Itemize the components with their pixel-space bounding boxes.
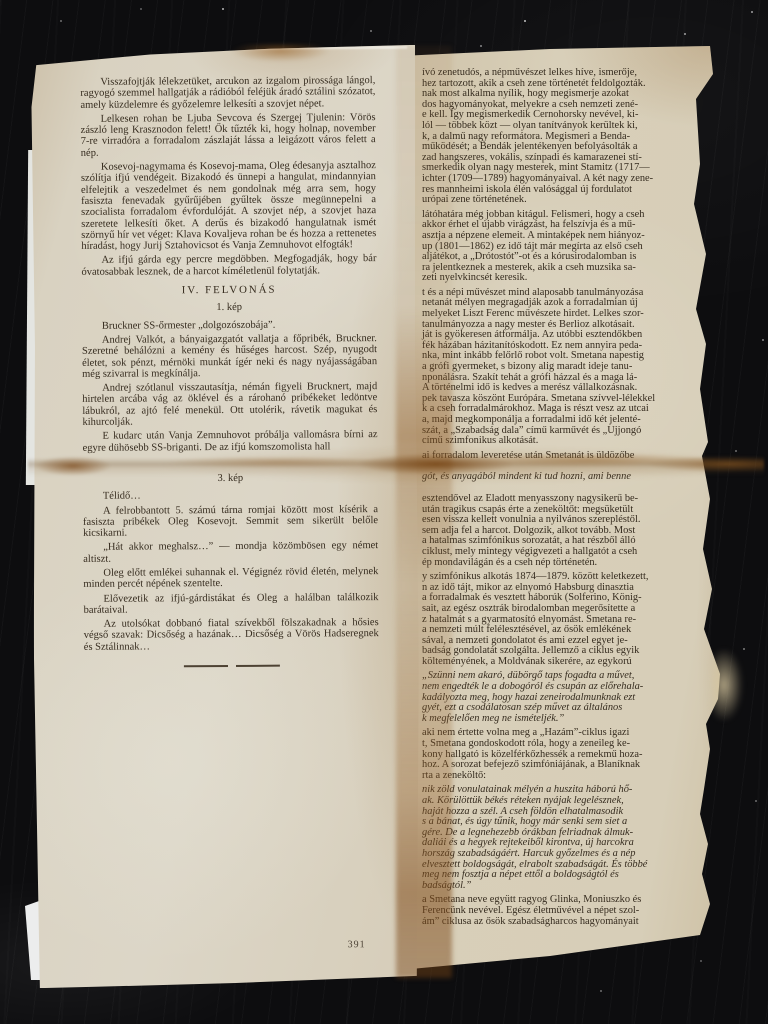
photo-scene: ívó zenetudós, a népművészet lelkes híve… [0, 0, 768, 1024]
text-line: a, majd megkomponálja a forradalmi idő k… [422, 415, 722, 426]
text-line: lól — többek közt — olyan tanítványok ke… [422, 121, 722, 132]
text-line: ciklust, mely mintegy végigvezeti a hall… [422, 547, 722, 558]
section-divider [183, 665, 279, 668]
text-block: esztendővel az Eladott menyasszony nagys… [422, 494, 722, 568]
paragraph: Az ifjú gárda egy percre megdöbben. Megf… [81, 254, 376, 278]
text-block: a Smetana neve együtt ragyog Glinka, Mon… [422, 895, 722, 927]
text-line: ép mondavilágán és a cseh nép történetén… [422, 558, 722, 569]
paragraph: A felrobbantott 5. számú tárna romjai kö… [83, 504, 378, 540]
right-page-text: ívó zenetudós, a népművészet lelkes híve… [422, 68, 722, 931]
text-block: y szimfónikus alkotás 1874—1879. között … [422, 572, 722, 667]
paragraph: Elővezetik az ifjú-gárdistákat és Oleg a… [83, 592, 378, 616]
text-line: hország szabadságáért. Harcuk győzelmes … [422, 849, 722, 860]
left-page-text: Visszafojtják lélekzetüket, arcukon az i… [80, 75, 379, 668]
text-block: látóhatára még jobban kitágul. Felismeri… [422, 210, 722, 284]
text-line: sait, az egész osztrák birodalomban mege… [422, 604, 722, 615]
paragraph: Visszafojtják lélekzetüket, arcukon az i… [80, 75, 375, 111]
paragraph: Az utolsókat dobbanó fiatal szívekből fö… [84, 617, 379, 653]
text-line: esztendővel az Eladott menyasszony nagys… [422, 494, 722, 505]
dust-specks [0, 0, 2, 2]
paragraph: Andrej Valkót, a bányaigazgatót vallatja… [82, 333, 377, 380]
text-block: t és a népi művészet mind alaposabb tanu… [422, 288, 722, 447]
text-line: urópai zene történetének. [422, 195, 722, 206]
text-line: badságtól.” [422, 881, 722, 892]
text-line: című szimfonikus alkotását. [422, 436, 722, 447]
scene-heading: 3. kép [83, 472, 378, 485]
left-page: Visszafojtják lélekzetüket, arcukon az i… [30, 45, 421, 988]
text-block: gót, és anyagából mindent ki tud hozni, … [422, 472, 722, 483]
text-block: ívó zenetudós, a népművészet lelkes híve… [422, 68, 722, 206]
paragraph: Andrej szótlanul visszautasítja, némán f… [82, 381, 377, 428]
text-line: Ferencünk nevével. Egész életművével a n… [422, 906, 722, 917]
text-line: asztja a népzene elemeit. A mintaképek n… [422, 231, 722, 242]
paragraph: Kosevoj-nagymama és Kosevoj-mama, Oleg é… [81, 160, 377, 252]
text-block: aki nem értette volna meg a „Hazám”-cikl… [422, 728, 722, 781]
text-line: ak. Körülöttük békés réteken nyájak lege… [422, 796, 722, 807]
text-line: ai forradalom leveretése után Smetanát i… [422, 451, 722, 462]
text-line: k megfelelően meg ne ismételjék.” [422, 714, 722, 725]
text-line: zeti nyelvkincsét keresik. [422, 273, 722, 284]
page-number: 391 [348, 939, 366, 950]
paragraph: Bruckner SS-őrmester „dolgozószobája”. [82, 319, 377, 332]
text-line: költeményének, a Moldvának sikerére, az … [422, 657, 722, 668]
spacer [83, 455, 378, 470]
text-line: ám” ciklusa az ősök szabadságharcos hagy… [422, 917, 722, 928]
paragraph: Lelkesen rohan be Ljuba Sevcova és Szerg… [81, 112, 376, 159]
paragraph: „Hát akkor meghalsz…” — mondja közömböse… [83, 540, 378, 564]
paragraph: Oleg előtt emlékei suhannak el. Végignéz… [83, 566, 378, 590]
act-heading: IV. FELVONÁS [82, 284, 377, 297]
text-line: rta a zeneköltő: [422, 771, 722, 782]
scene-heading: 1. kép [82, 301, 377, 314]
text-block: „Szünni nem akaró, dübörgő taps fogadta … [422, 671, 722, 724]
text-line: ichter (1709—1789) hagyományaival. A két… [422, 174, 722, 185]
paragraph: Télidő… [83, 489, 378, 502]
text-block: nik zöld vonulatainak mélyén a huszita h… [422, 785, 722, 891]
text-block: ai forradalom leveretése után Smetanát i… [422, 451, 722, 462]
paragraph: E kudarc után Vanja Zemnuhovot próbálja … [82, 429, 377, 453]
text-line: ívó zenetudós, a népművészet lelkes híve… [422, 68, 722, 79]
text-line: gót, és anyagából mindent ki tud hozni, … [422, 472, 722, 483]
